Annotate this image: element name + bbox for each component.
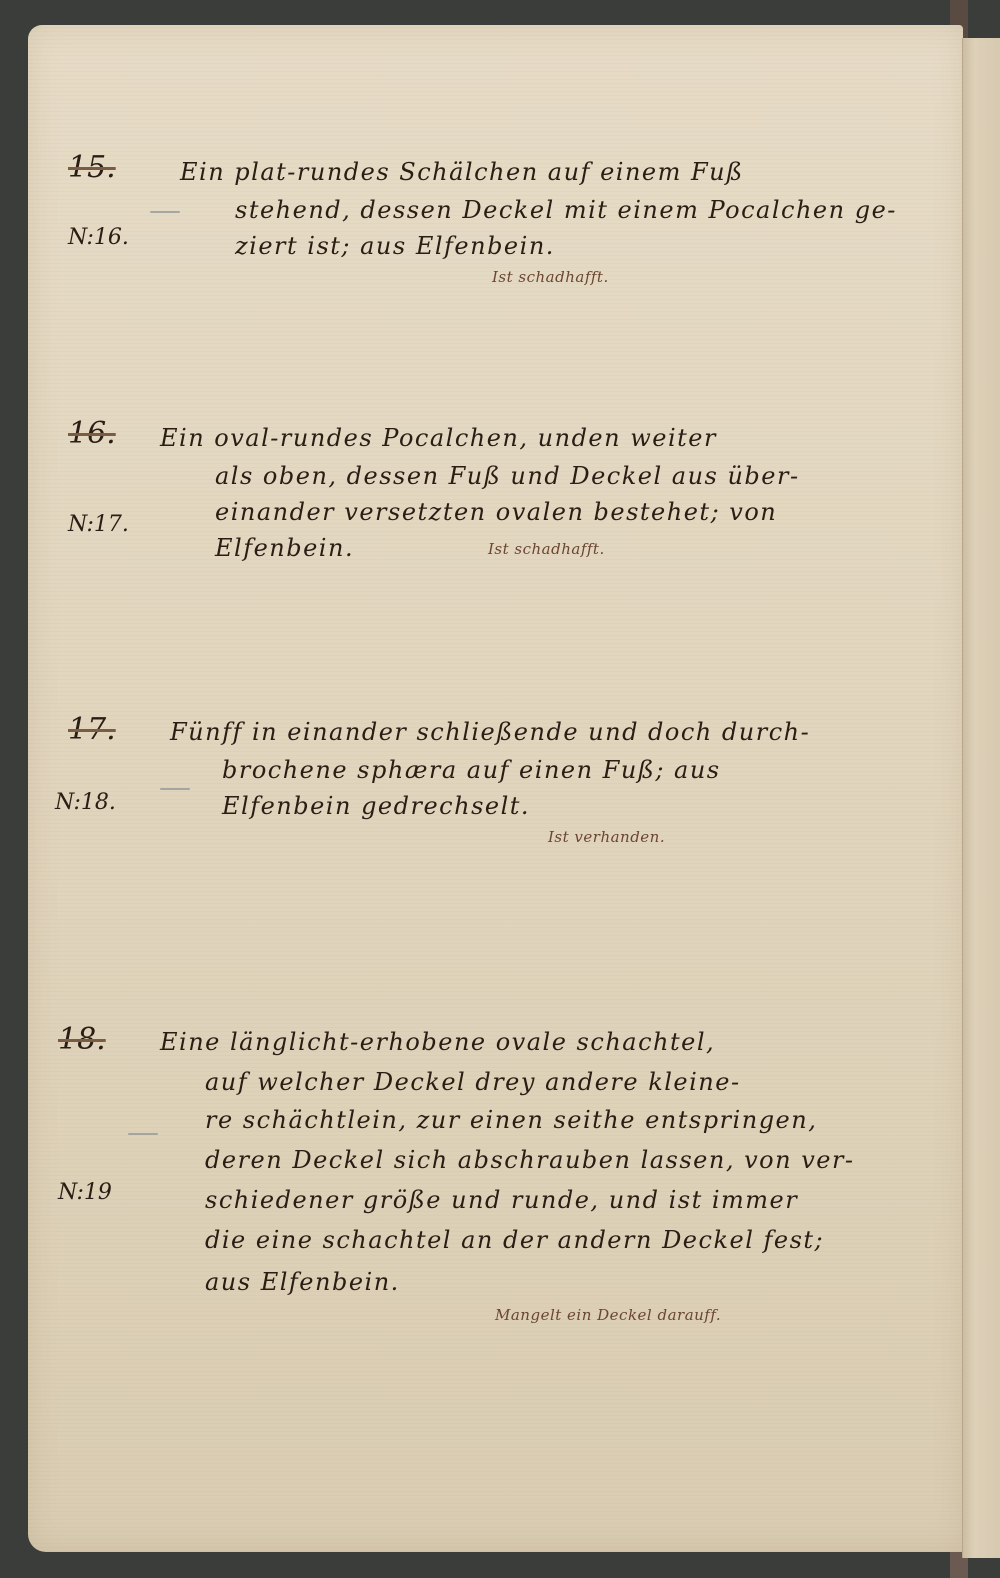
entry-line: brochene sphæra auf einen Fuß; aus <box>222 750 721 790</box>
margin-reference: N:16. <box>68 225 129 250</box>
entry-line: schiedener größe und runde, und ist imme… <box>205 1180 798 1220</box>
entry-line: Ein oval-rundes Pocalchen, unden weiter <box>160 418 717 458</box>
entry-line: einander versetzten ovalen bestehet; von <box>215 492 777 532</box>
entry-line: als oben, dessen Fuß und Deckel aus über… <box>215 456 800 496</box>
entry-line: auf welcher Deckel drey andere kleine- <box>205 1062 741 1102</box>
entry-number: 16. <box>68 416 116 451</box>
pencil-dash <box>128 1133 158 1135</box>
entry-number: 17. <box>68 712 116 747</box>
page-gutter <box>962 38 1000 1558</box>
entry-line: die eine schachtel an der andern Deckel … <box>205 1220 824 1260</box>
entry-line: Elfenbein gedrechselt. <box>222 786 530 826</box>
entry-line: Ein plat-rundes Schälchen auf einem Fuß <box>180 152 744 192</box>
pencil-dash <box>150 211 180 213</box>
entry-line: Fünff in einander schließende und doch d… <box>170 712 810 752</box>
entry-line: ziert ist; aus Elfenbein. <box>235 226 555 266</box>
margin-reference: N:19 <box>58 1180 112 1205</box>
margin-reference: N:17. <box>68 512 129 537</box>
condition-note: Ist verhanden. <box>548 828 665 846</box>
condition-note: Ist schadhafft. <box>492 268 609 286</box>
pencil-dash <box>160 788 190 790</box>
entry-line: Eine länglicht-erhobene ovale schachtel, <box>160 1022 715 1062</box>
entry-number: 18. <box>58 1022 106 1057</box>
entry-line: Elfenbein. <box>215 528 354 568</box>
entry-line: stehend, dessen Deckel mit einem Pocalch… <box>235 190 897 230</box>
condition-note: Mangelt ein Deckel darauff. <box>495 1306 721 1324</box>
entry-line: deren Deckel sich abschrauben lassen, vo… <box>205 1140 855 1180</box>
entry-line: aus Elfenbein. <box>205 1262 400 1302</box>
margin-reference: N:18. <box>55 790 116 815</box>
entry-number: 15. <box>68 150 116 185</box>
condition-note: Ist schadhafft. <box>488 540 605 558</box>
entry-line: re schächtlein, zur einen seithe entspri… <box>205 1100 817 1140</box>
